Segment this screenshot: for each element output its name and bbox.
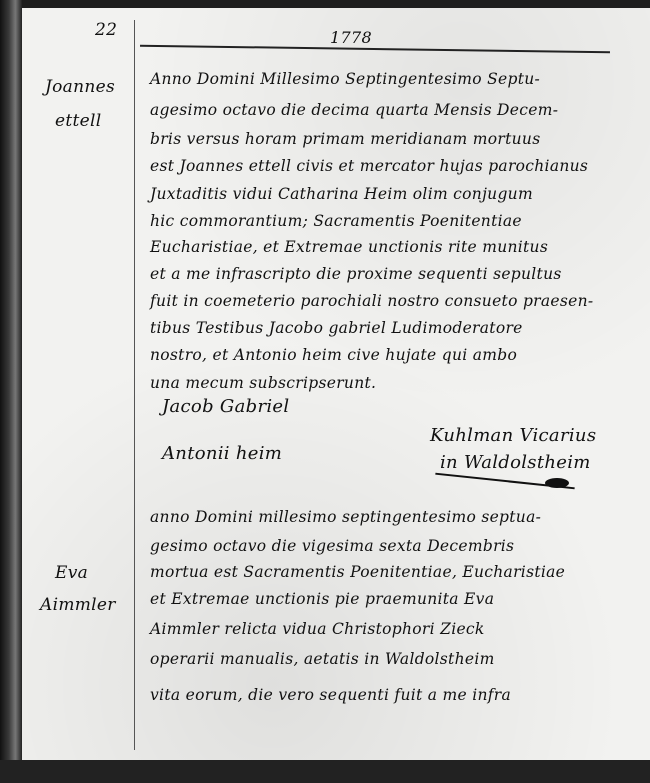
entry-1-line: agesimo octavo die decima quarta Mensis … <box>150 101 558 119</box>
entry-2-line: Aimmler relicta vidua Christophori Zieck <box>150 620 485 638</box>
entry-1-line: Anno Domini Millesimo Septingentesimo Se… <box>150 70 540 88</box>
entry-1-line: una mecum subscripserunt. <box>150 374 376 392</box>
entry-2-line: operarii manualis, aetatis in Waldolsthe… <box>150 650 495 668</box>
entry-1-line: est Joannes ettell civis et mercator huj… <box>150 157 588 175</box>
entry-1-line: tibus Testibus Jacobo gabriel Ludimodera… <box>150 319 523 337</box>
entry-1-line: Juxtaditis vidui Catharina Heim olim con… <box>150 185 533 203</box>
signature-antonii-heim: Antonii heim <box>162 443 282 464</box>
entry-1-line: nostro, et Antonio heim cive hujate qui … <box>150 346 517 364</box>
page-number: 22 <box>95 20 117 40</box>
entry-1-line: bris versus horam primam meridianam mort… <box>150 130 540 148</box>
entry-1-line: et a me infrascripto die proxime sequent… <box>150 265 562 283</box>
margin-name-entry-1-last: ettell <box>55 104 101 138</box>
entry-2-line: mortua est Sacramentis Poenitentiae, Euc… <box>150 563 565 581</box>
margin-name-entry-1-first: Joannes <box>45 70 115 104</box>
entry-1-line: Eucharistiae, et Extremae unctionis rite… <box>150 238 548 256</box>
margin-name-entry-2-last: Aimmler <box>40 588 116 622</box>
entry-1-line: hic commorantium; Sacramentis Poenitenti… <box>150 212 522 230</box>
page-bottom-edge <box>0 760 650 783</box>
ink-blot <box>545 478 569 488</box>
signature-priest-place: in Waldolstheim <box>440 452 591 473</box>
entry-1-line: fuit in coemeterio parochiali nostro con… <box>150 292 593 310</box>
year-header: 1778 <box>330 28 372 47</box>
entry-2-line: gesimo octavo die vigesima sexta Decembr… <box>150 537 514 555</box>
entry-2-line: et Extremae unctionis pie praemunita Eva <box>150 590 494 608</box>
entry-2-line: anno Domini millesimo septingentesimo se… <box>150 508 541 526</box>
signature-jacob-gabriel: Jacob Gabriel <box>162 396 289 417</box>
signature-priest-name: Kuhlman Vicarius <box>430 425 596 446</box>
book-binding <box>0 0 22 783</box>
margin-rule <box>134 20 135 750</box>
margin-name-entry-2-first: Eva <box>55 556 88 590</box>
entry-2-line: vita eorum, die vero sequenti fuit a me … <box>150 686 511 704</box>
